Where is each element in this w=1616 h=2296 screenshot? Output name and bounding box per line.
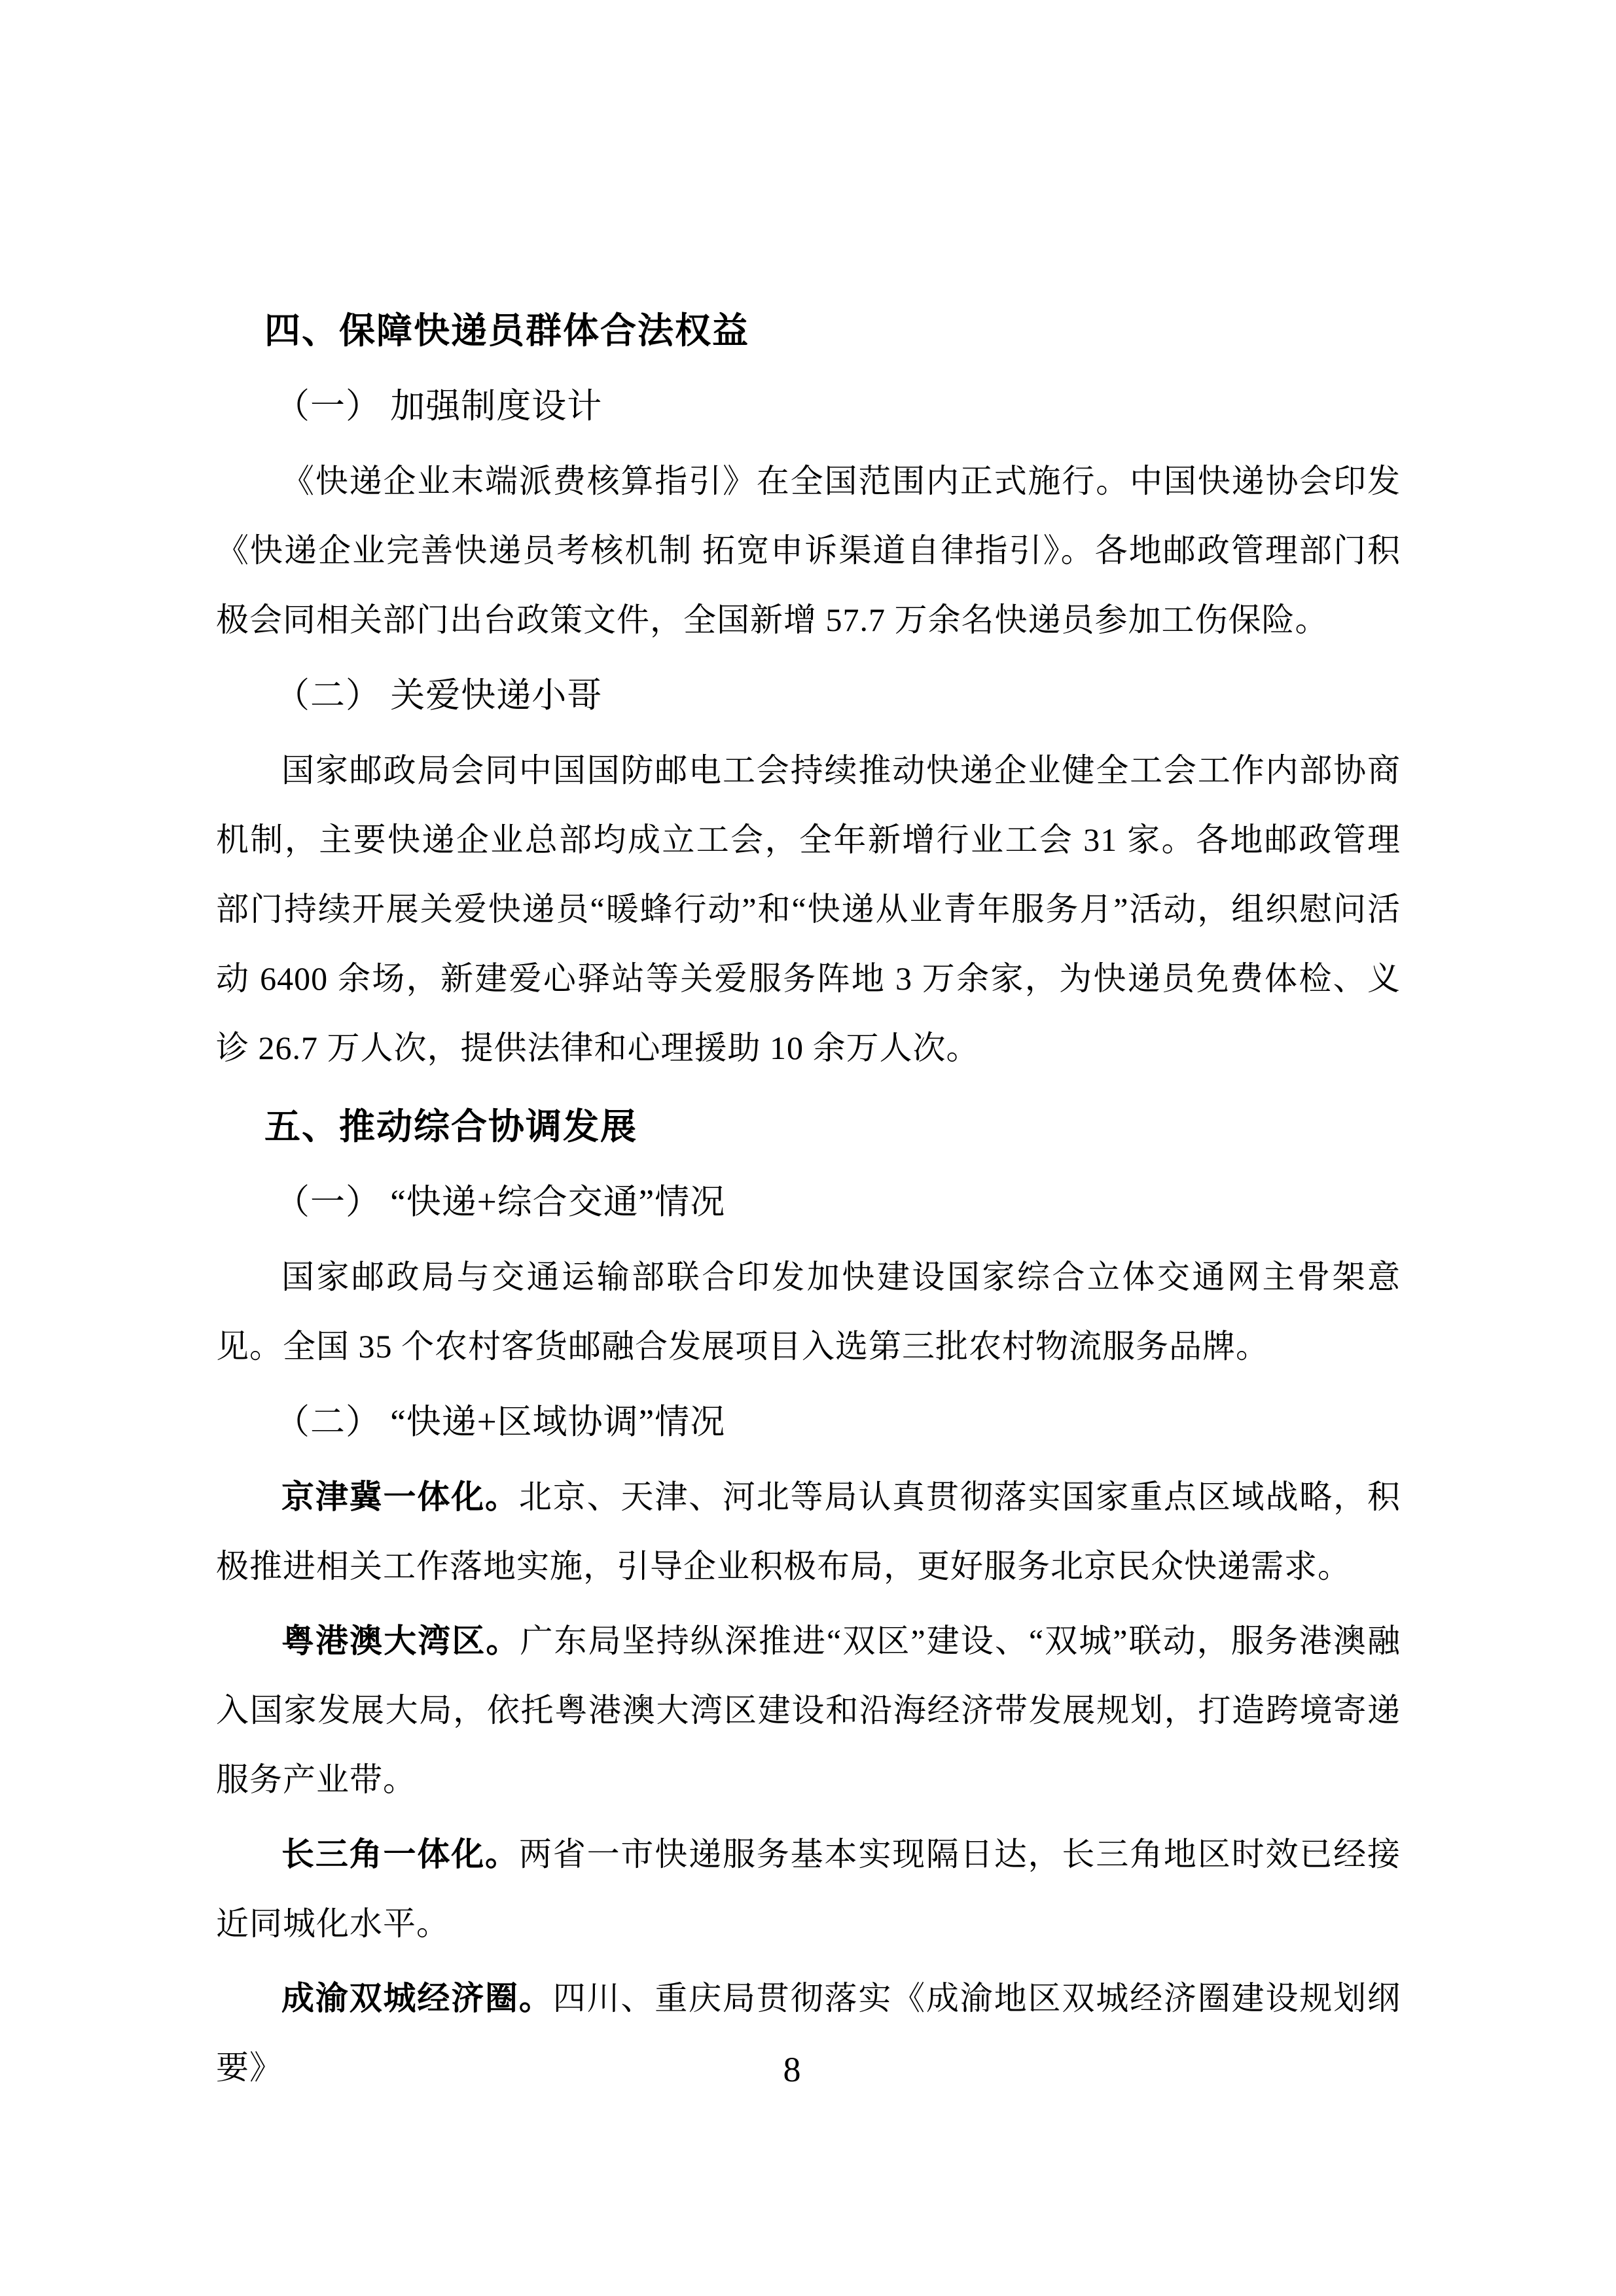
document-page: 四、保障快递员群体合法权益 （一） 加强制度设计 《快递企业末端派费核算指引》在… <box>0 0 1616 2296</box>
page-number: 8 <box>0 2050 1584 2089</box>
section-4-heading: 四、保障快递员群体合法权益 <box>264 296 1401 365</box>
regional-paragraph-changsanjiao: 长三角一体化。两省一市快递服务基本实现隔日达，长三角地区时效已经接近同城化水平。 <box>216 1820 1401 1958</box>
section-5-sub-1-paragraph: 国家邮政局与交通运输部联合印发加快建设国家综合立体交通网主骨架意见。全国 35 … <box>216 1242 1401 1381</box>
regional-paragraph-chengyu-lead: 成渝双城经济圈。 <box>281 1980 553 2017</box>
section-5-heading: 五、推动综合协调发展 <box>264 1092 1401 1161</box>
regional-paragraph-dawanqu: 粤港澳大湾区。广东局坚持纵深推进“双区”建设、“双城”联动，服务港澳融入国家发展… <box>216 1606 1401 1814</box>
section-5-sub-1-heading: （一） “快递+综合交通”情况 <box>216 1168 1401 1237</box>
regional-paragraph-jingjinji: 京津冀一体化。北京、天津、河北等局认真贯彻落实国家重点区域战略，积极推进相关工作… <box>216 1462 1401 1601</box>
document-body: 四、保障快递员群体合法权益 （一） 加强制度设计 《快递企业末端派费核算指引》在… <box>216 296 1401 2102</box>
section-4-sub-1-paragraph: 《快递企业末端派费核算指引》在全国范围内正式施行。中国快递协会印发《快递企业完善… <box>216 446 1401 655</box>
section-5-sub-2-heading: （二） “快递+区域协调”情况 <box>216 1388 1401 1457</box>
section-4-sub-2-paragraph: 国家邮政局会同中国国防邮电工会持续推动快递企业健全工会工作内部协商机制，主要快递… <box>216 736 1401 1083</box>
section-4-sub-2-heading: （二） 关爱快递小哥 <box>216 661 1401 730</box>
regional-paragraph-dawanqu-lead: 粤港澳大湾区。 <box>281 1623 520 1659</box>
regional-paragraph-jingjinji-lead: 京津冀一体化。 <box>281 1479 519 1515</box>
regional-paragraph-changsanjiao-lead: 长三角一体化。 <box>281 1836 519 1873</box>
section-4-sub-1-heading: （一） 加强制度设计 <box>216 372 1401 441</box>
